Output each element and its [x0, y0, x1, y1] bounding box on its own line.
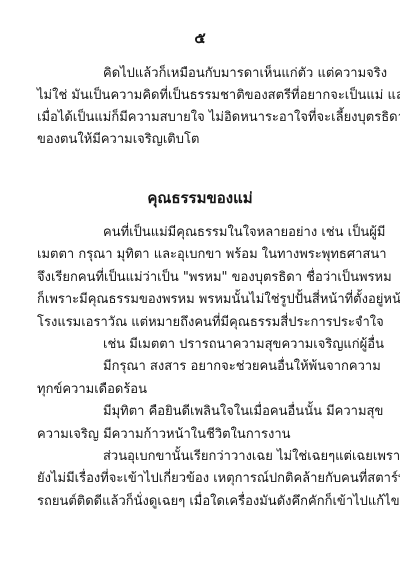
text-line: โรงแรมเอราวัณ แต่หมายถึงคนที่มีคุณธรรมสี…	[37, 312, 363, 334]
text-line: เมื่อได้เป็นแม่ก็มีความสบายใจ ไม่อิดหนาร…	[37, 107, 363, 129]
text-line: คิดไปแล้วก็เหมือนกับมารดาเห็นแก่ตัว แต่ค…	[37, 63, 363, 85]
text-line: รถยนต์ติดดีแล้วก็นั่งดูเฉยๆ เมื่อใดเครื่…	[37, 491, 363, 513]
text-line: ส่วนอุเบกขานั้นเรียกว่าวางเฉย ไม่ใช่เฉยๆ…	[37, 446, 363, 468]
text-line: จึงเรียกคนที่เป็นแม่ว่าเป็น "พรหม" ของบุ…	[37, 267, 363, 289]
text-line: มีกรุณา สงสาร อยากจะช่วยคนอื่นให้พ้นจากค…	[37, 356, 363, 378]
text-line: ทุกข์ความเดือดร้อน	[37, 379, 363, 401]
text-line: มีมุทิตา คือยินดีเพลินใจในเมื่อคนอื่นนั้…	[37, 401, 363, 423]
section-heading: คุณธรรมของแม่	[0, 187, 400, 209]
text-line: ก็เพราะมีคุณธรรมของพรหม พรหมนั้นไม่ใช่รู…	[37, 289, 363, 311]
page-number: ๕	[0, 28, 400, 48]
text-line: ความเจริญ มีความก้าวหน้าในชีวิตในการงาน	[37, 424, 363, 446]
text-line: ไม่ใช่ มันเป็นความคิดที่เป็นธรรมชาติของส…	[37, 85, 363, 107]
intro-paragraph: คิดไปแล้วก็เหมือนกับมารดาเห็นแก่ตัว แต่ค…	[37, 63, 363, 151]
section-paragraphs: คนที่เป็นแม่มีคุณธรรมในใจหลายอย่าง เช่น …	[37, 222, 363, 513]
text-line: เช่น มีเมตตา ปรารถนาความสุขความเจริญแก่ผ…	[37, 334, 363, 356]
text-line: ของตนให้มีความเจริญเติบโต	[37, 129, 363, 151]
text-line: คนที่เป็นแม่มีคุณธรรมในใจหลายอย่าง เช่น …	[37, 222, 363, 244]
text-line: ยังไม่มีเรื่องที่จะเข้าไปเกี่ยวข้อง เหตุ…	[37, 468, 363, 490]
text-line: เมตตา กรุณา มุทิตา และอุเบกขา พร้อม ในทา…	[37, 244, 363, 266]
